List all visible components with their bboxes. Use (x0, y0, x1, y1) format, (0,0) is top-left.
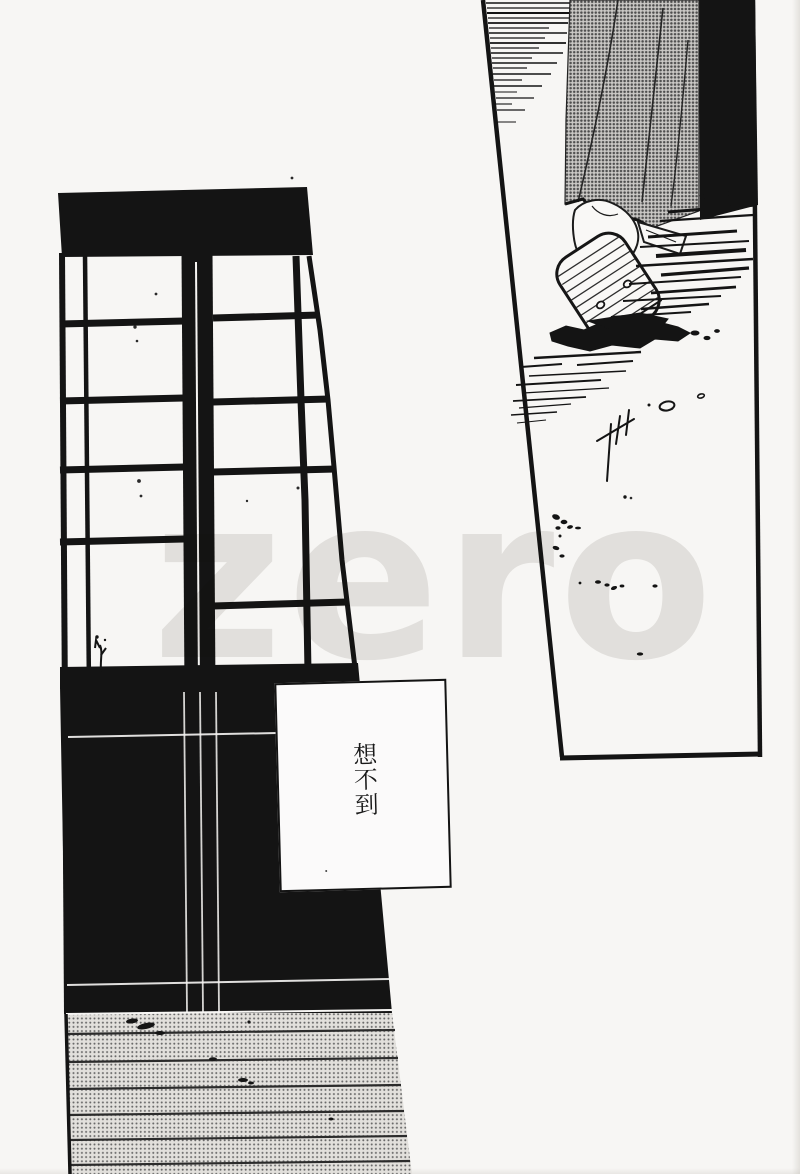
veranda-floor (66, 1010, 412, 1174)
speed-lines (486, 3, 572, 122)
manga-page: 想不到 zero (0, 0, 800, 1174)
grass-sprig (597, 410, 634, 481)
speech-bubble: 想不到 (274, 679, 451, 892)
hakama-legs (565, 0, 699, 228)
shoji-lintel (58, 187, 313, 257)
speech-bubble-text: 想不到 (349, 742, 376, 818)
dark-doorway (699, 0, 758, 220)
pebbles (648, 393, 705, 412)
panel-feet (483, 0, 761, 758)
zori-strap (638, 222, 686, 254)
manga-artwork (0, 0, 800, 1174)
panel-shoji (58, 177, 632, 1174)
debris-specks (551, 495, 657, 655)
